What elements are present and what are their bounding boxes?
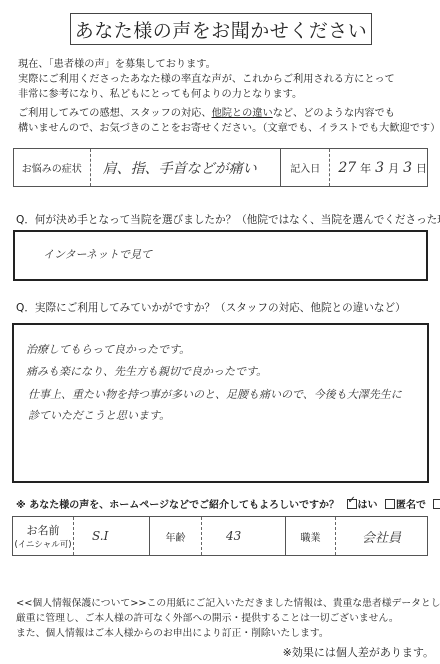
consent-yes-label: はい [358,500,378,511]
intro-line-3: 非常に参考になり、私どもにとっても何よりの力となります。 [18,87,302,102]
consent-question: ※ あなた様の声を、ホームページなどでご紹介してもよろしいですか？ [16,500,339,511]
q2-answer-line-1: 治療してもらって良かったです。 [26,341,190,357]
privacy-line-3: また、個人情報はご本人様からのお申出により訂正・削除いたします。 [16,626,440,641]
symptom-label: お悩みの症状 [14,149,91,186]
age-value[interactable]: 43 [202,517,286,555]
q2-answer-line-2: 痛みも楽になり、先生方も親切で良かったです。 [26,363,267,379]
name-sublabel: (イニシャル可) [14,538,71,550]
job-value[interactable]: 会社員 [336,517,427,555]
q1-answer-box[interactable]: インターネットで見て [13,230,428,281]
page-title: あなた様の声をお聞かせください [70,13,372,45]
intro-line-4: ご利用してみての感想、スタッフの対応、他院との違いなど、どのような内容でも [18,106,395,121]
q1-question: Q．何が決め手となって当院を選びましたか？（他院ではなく、当院を選んでくださった… [16,212,440,227]
date-year: 27 [338,160,356,176]
privacy-notice: <<個人情報保護について>>この用紙にご記入いただきました情報は、貴重な患者様デ… [16,596,440,641]
intro-text: など、どのような内容でも [273,108,395,119]
intro-line-2: 実際にご利用くださったあなた様の率直な声が、これからご利用される方にとって [18,72,395,87]
privacy-line-2: 厳重に管理し、ご本人様の許可なく外部への開示・提供することは一切ございません。 [16,611,440,626]
name-label: お名前 [27,522,60,538]
intro-line-1: 現在、「患者様の声」を募集しております。 [18,57,216,72]
month-unit: 月 [388,160,399,176]
date-label: 記入日 [281,149,330,186]
consent-anonymous-checkbox[interactable] [385,499,395,509]
consent-yes-checkbox[interactable] [347,499,357,509]
q2-answer-line-3: 仕事上、重たい物を持つ事が多いのと、足腰も痛いので、今後も大澤先生に [28,386,402,402]
date-day: 3 [403,160,412,176]
name-label-cell: お名前 (イニシャル可) [13,517,74,555]
consent-no-checkbox[interactable] [433,499,440,509]
profile-table: お名前 (イニシャル可) S.I 年齢 43 職業 会社員 [12,516,428,556]
symptom-date-table: お悩みの症状 肩、指、手首などが痛い 記入日 27 年 3 月 3 日 [13,148,428,187]
consent-row: ※ あなた様の声を、ホームページなどでご紹介してもよろしいですか？ はい 匿名で… [16,496,440,511]
date-value[interactable]: 27 年 3 月 3 日 [330,149,427,186]
symptom-value[interactable]: 肩、指、手首などが痛い [91,149,282,186]
intro-underlined-text: 他院との違い [212,108,273,119]
day-unit: 日 [416,160,427,176]
date-month: 3 [375,160,384,176]
job-label: 職業 [286,517,336,555]
q2-answer-line-4: 診ていただこうと思います。 [28,407,170,423]
q2-question: Q．実際にご利用してみていかがですか？（スタッフの対応、他院との違いなど） [16,300,406,315]
name-value[interactable]: S.I [74,517,150,555]
intro-line-5: 構いませんので、お気づきのことをお寄せください。（文章でも、イラストでも大歓迎で… [18,121,440,136]
intro-text: ご利用してみての感想、スタッフの対応、 [18,108,212,119]
q2-answer-box[interactable]: 治療してもらって良かったです。 痛みも楽になり、先生方も親切で良かったです。 仕… [12,323,429,483]
privacy-line-1: <<個人情報保護について>>この用紙にご記入いただきました情報は、貴重な患者様デ… [16,596,440,611]
year-unit: 年 [360,160,371,176]
consent-anonymous-label: 匿名で [396,500,426,511]
disclaimer-note: ※効果には個人差があります。 [283,644,434,660]
q1-answer: インターネットで見て [43,246,152,262]
age-label: 年齢 [150,517,202,555]
